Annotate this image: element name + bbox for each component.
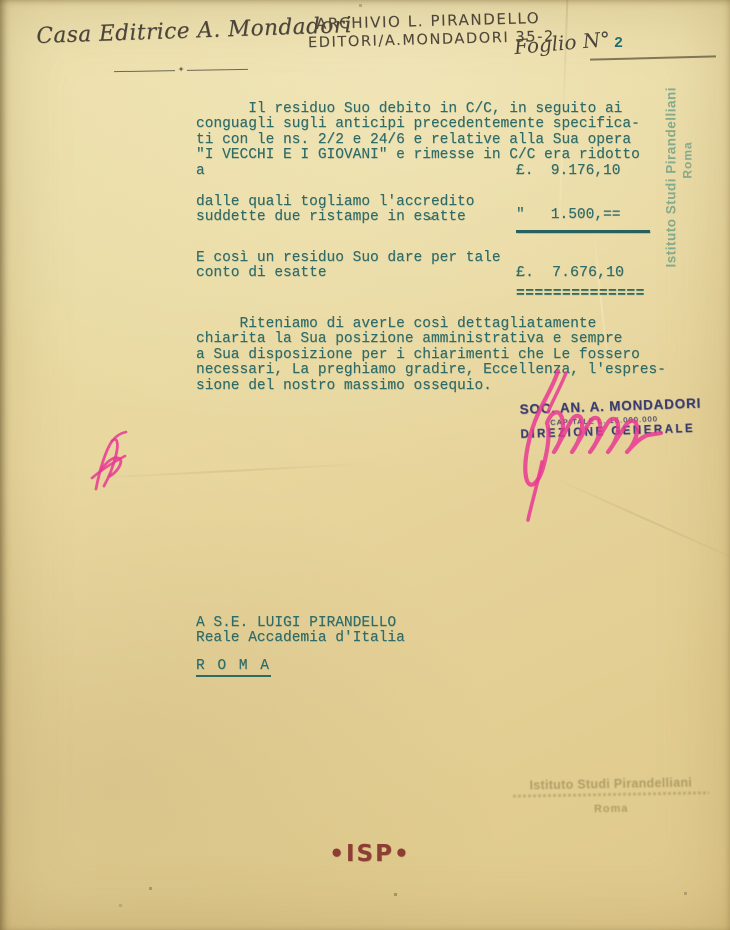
company-stamp: SOC. AN. A. MONDADORI CAPITALE L. 15.000… xyxy=(519,396,688,441)
body-paragraph-3: E così un residuo Suo dare per tale cont… xyxy=(196,251,501,282)
signature-tail xyxy=(528,462,542,520)
bottom-stamp-institute: Istituto Studi Pirandelliani xyxy=(505,775,717,793)
amount-balance: £. 7.676,10 xyxy=(516,265,624,280)
archive-side-stamp: Istituto Studi Pirandelliani Roma xyxy=(664,53,704,268)
divider-line xyxy=(114,70,175,72)
bottom-stamp-subline xyxy=(513,791,709,797)
body-paragraph-2: dalle quali togliamo l'accredito suddett… xyxy=(196,195,474,226)
recipient-city: R O M A xyxy=(196,659,271,677)
paper-crease xyxy=(549,475,730,566)
initials-flick xyxy=(112,432,126,441)
archive-bottom-stamp: Istituto Studi Pirandelliani Roma xyxy=(505,775,718,817)
initials-cross xyxy=(92,456,125,478)
side-stamp-institute: Istituto Studi Pirandelliani xyxy=(664,53,679,268)
letterhead-company-name: Casa Editrice A. Mondadori xyxy=(36,14,331,49)
folio-number: 2 xyxy=(614,35,623,52)
total-double-rule: ============== xyxy=(516,287,645,302)
initials-loop xyxy=(101,458,121,476)
divider-line xyxy=(187,68,248,70)
paper-specks xyxy=(0,0,1,1)
recipient-address: A S.E. LUIGI PIRANDELLO Reale Accademia … xyxy=(196,616,405,647)
paper-crease xyxy=(80,462,380,480)
side-stamp-city: Roma xyxy=(681,53,695,268)
bottom-stamp-city: Roma xyxy=(505,801,717,817)
amount-credit: " 1.500,== xyxy=(516,208,620,223)
body-paragraph-4: Riteniamo di averLe così dettagliatament… xyxy=(196,317,666,394)
scanned-letter-page: Casa Editrice A. Mondadori ✦ ARCHIVIO L.… xyxy=(0,0,730,930)
subtotal-rule xyxy=(516,230,650,233)
amount-debit: £. 9.176,10 xyxy=(516,164,620,179)
initials-scribble xyxy=(96,439,117,489)
letterhead-divider: ✦ xyxy=(114,65,248,75)
divider-ornament-icon: ✦ xyxy=(175,66,188,74)
isp-logo: •ISP• xyxy=(322,841,418,867)
